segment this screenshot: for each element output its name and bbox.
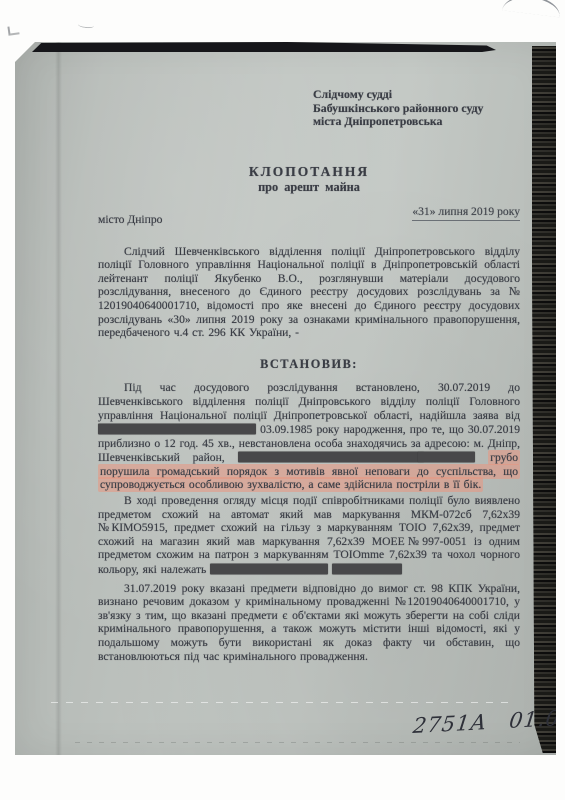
redaction-bar — [332, 564, 402, 575]
paragraph-text: Під час досудового розслідування встанов… — [98, 381, 520, 421]
document-title: КЛОПОТАННЯ — [98, 165, 520, 179]
photocopy-stray-mark — [7, 25, 19, 35]
recipient-line: міста Дніпропетровська — [313, 115, 520, 129]
recipient-line: Бабушкінського районного суду — [313, 102, 520, 116]
redaction-bar — [210, 564, 328, 575]
scanned-page: Слідчому судді Бабушкінського районного … — [15, 42, 556, 755]
document-content: Слідчому судді Бабушкінського районного … — [98, 88, 520, 663]
redaction-bar — [98, 424, 256, 435]
scan-background: Слідчому судді Бабушкінського районного … — [0, 0, 565, 800]
paragraph-ruling: 31.07.2019 року вказані предмети відпові… — [98, 582, 520, 664]
city-label: місто Дніпро — [98, 213, 162, 227]
photocopy-streak — [51, 702, 516, 703]
redaction-bar — [418, 452, 475, 463]
scan-edge-artifact-top — [32, 42, 496, 52]
scan-edge-artifact-right — [532, 46, 556, 753]
photocopy-stray-mark — [78, 21, 95, 29]
paragraph-intro: Слідчий Шевченківського відділення поліц… — [98, 245, 520, 340]
redaction-bar — [238, 452, 424, 463]
section-heading-established: ВСТАНОВИВ: — [98, 358, 520, 372]
photocopy-streak — [75, 742, 520, 743]
document-subtitle: про арешт майна — [98, 181, 520, 195]
recipient-block: Слідчому судді Бабушкінського районного … — [313, 88, 520, 129]
handwritten-date: 01.08.19 — [508, 703, 565, 733]
paragraph-incident: Під час досудового розслідування встанов… — [98, 381, 520, 492]
date-label: «31» липня 2019 року — [412, 205, 520, 221]
handwritten-number: 2751А — [412, 710, 489, 738]
pen-stroke-mark — [502, 0, 562, 17]
city-date-row: місто Дніпро «31» липня 2019 року — [98, 213, 520, 229]
paragraph-evidence: В ході проведення огляду місця події спі… — [98, 494, 520, 577]
recipient-line: Слідчому судді — [313, 88, 520, 102]
page-fold-shadow — [55, 42, 62, 755]
